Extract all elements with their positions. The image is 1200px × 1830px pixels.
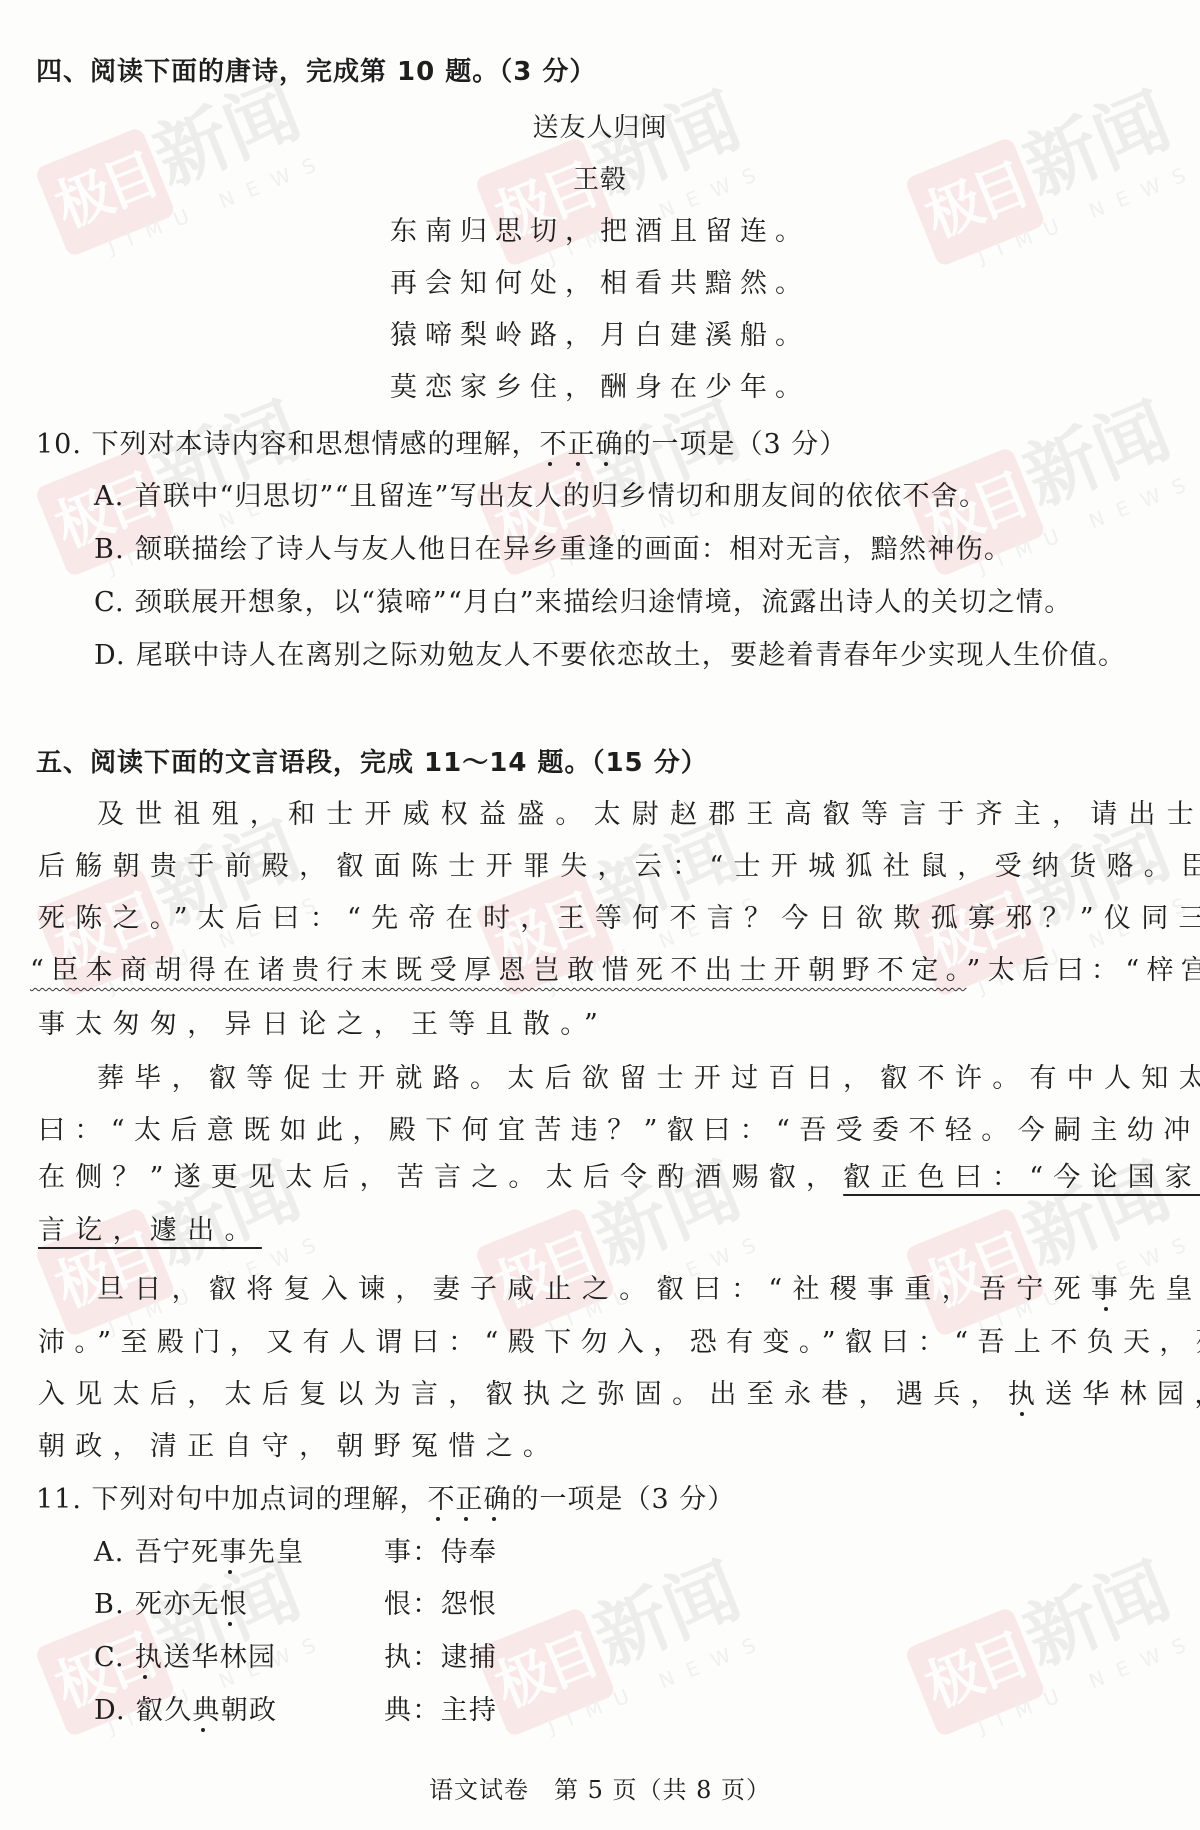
emphasis-char: 执	[1008, 1379, 1045, 1410]
emphasis-char: 恨	[220, 1589, 248, 1620]
passage-line: 曰：“太后意既如此，殿下何宜苦违？”叡曰：“吾受委不轻。今嗣主幼冲，岂可使邪臣	[38, 1113, 1200, 1149]
poem-line: 再会知何处，相看共黯然。	[0, 266, 1200, 302]
passage-line: 旦日，叡将复入谏，妻子咸止之。叡曰：“社稷事重，吾宁死事先皇，不忍见朝廷颠	[97, 1272, 1200, 1308]
gloss: 执：逮捕	[384, 1640, 497, 1676]
poem-author: 王毂	[0, 162, 1200, 198]
q11-option-b[interactable]: B. 死亦无恨恨：怨恨	[94, 1587, 1094, 1623]
passage-line: 沛。”至殿门，又有人谓曰：“殿下勿入，恐有变。”叡曰：“吾上不负天，死亦无恨。”	[38, 1325, 1200, 1361]
gloss: 事：侍奉	[384, 1535, 497, 1571]
emphasis-char: 正	[568, 429, 596, 460]
poem-line: 东南归思切，把酒且留连。	[0, 214, 1200, 250]
passage-line: 在侧？”遂更见太后，苦言之。太后令酌酒赐叡，叡正色曰：“今论国家大事，非为卮酒。…	[38, 1160, 1200, 1196]
underlined-sentence: 言讫，遽出。	[38, 1215, 262, 1246]
q11-option-c[interactable]: C. 执送华林园执：逮捕	[94, 1640, 1094, 1676]
poem-line: 莫恋家乡住，酬身在少年。	[0, 370, 1200, 406]
gloss: 典：主持	[384, 1693, 497, 1729]
passage-line: 言讫，遽出。	[38, 1213, 262, 1249]
passage-line: 死陈之。”太后曰：“先帝在时，王等何不言？今日欲欺孤寡邪？”仪同三司安吐根曰：	[38, 901, 1200, 937]
q10-option-a[interactable]: A. 首联中“归思切”“且留连”写出友人的归乡情切和朋友间的依依不舍。	[94, 479, 987, 515]
q11-option-d[interactable]: D. 叡久典朝政典：主持	[94, 1693, 1094, 1729]
underlined-sentence: 叡正色曰：“今论国家大事，非为卮酒。”	[843, 1162, 1200, 1193]
passage-line: 朝政，清正自守，朝野冤惜之。	[38, 1429, 560, 1465]
wavy-underlined-sentence: “臣本商胡得在诸贵行末既受厚恩岂敢惜死不出士开朝野不定。	[30, 955, 967, 986]
passage-line: “臣本商胡得在诸贵行末既受厚恩岂敢惜死不出士开朝野不定。”太后曰：“梓宫在殡，	[30, 953, 1200, 989]
section-5-heading: 五、阅读下面的文言语段，完成 11～14 题。（15 分）	[36, 745, 708, 781]
poem-line: 猿啼梨岭路，月白建溪船。	[0, 318, 1200, 354]
question-10-stem: 10. 下列对本诗内容和思想情感的理解，不正确的一项是（3 分）	[36, 427, 847, 463]
q10-option-b[interactable]: B. 颔联描绘了诗人与友人他日在异乡重逢的画面：相对无言，黯然神伤。	[94, 532, 1012, 568]
emphasis-char: 执	[135, 1642, 163, 1673]
poem-title: 送友人归闽	[0, 110, 1200, 146]
q10-option-d[interactable]: D. 尾联中诗人在离别之际劝勉友人不要依恋故土，要趁着青春年少实现人生价值。	[94, 638, 1126, 674]
emphasis-char: 事	[219, 1537, 247, 1568]
emphasis-char: 不	[428, 1484, 456, 1515]
passage-line: 事太匆匆，异日论之，王等且散。”	[38, 1007, 608, 1043]
section-4-heading: 四、阅读下面的唐诗，完成第 10 题。（3 分）	[36, 54, 596, 90]
emphasis-char: 不	[540, 429, 568, 460]
gloss: 恨：怨恨	[384, 1587, 497, 1623]
emphasis-char: 确	[484, 1484, 512, 1515]
emphasis-char: 正	[456, 1484, 484, 1515]
question-11-stem: 11. 下列对句中加点词的理解，不正确的一项是（3 分）	[36, 1482, 735, 1518]
q10-option-c[interactable]: C. 颈联展开想象，以“猿啼”“月白”来描绘归途情境，流露出诗人的关切之情。	[94, 585, 1073, 621]
emphasis-char: 典	[192, 1695, 220, 1726]
passage-line: 葬毕，叡等促士开就路。太后欲留士开过百日，叡不许。有中人知太后密旨者，谓叡	[97, 1061, 1200, 1097]
emphasis-char: 事	[1091, 1274, 1128, 1305]
passage-line: 后觞朝贵于前殿，叡面陈士开罪失，云：“士开城狐社鼠，受纳货赂。臣等义无杜口，冒	[38, 849, 1200, 885]
passage-line: 及世祖殂，和士开威权益盛。太尉赵郡王高叡等言于齐主，请出士开为外任。会胡太	[97, 797, 1200, 833]
passage-line: 入见太后，太后复以为言，叡执之弥固。出至永巷，遇兵，执送华林园，令杀之。叡久典	[38, 1377, 1200, 1413]
emphasis-char: 确	[596, 429, 624, 460]
q11-option-a[interactable]: A. 吾宁死事先皇事：侍奉	[94, 1535, 1094, 1571]
page-footer: 语文试卷 第 5 页（共 8 页）	[0, 1772, 1200, 1808]
